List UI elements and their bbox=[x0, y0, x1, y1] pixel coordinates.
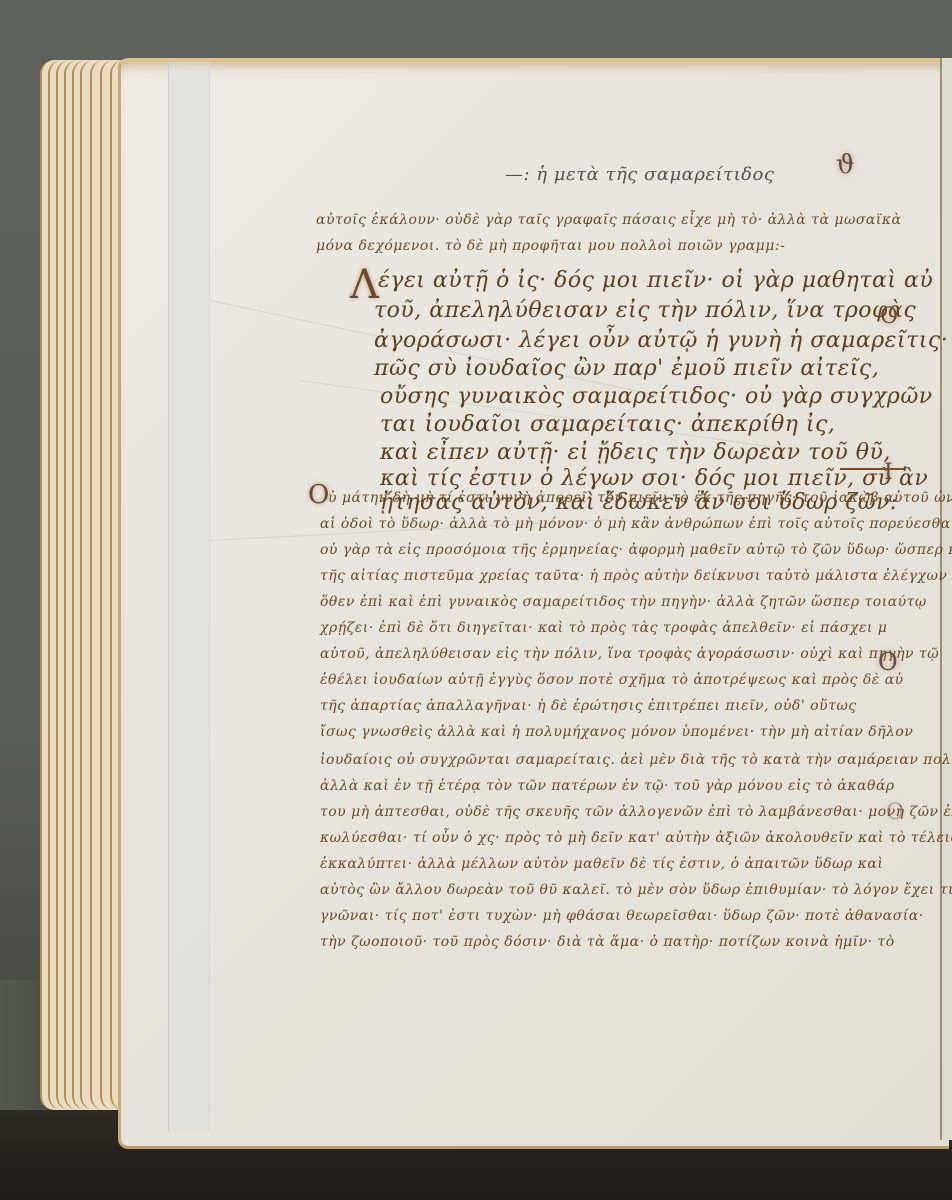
commentary-line: αἱ ὁδοὶ τὸ ὕδωρ· ἀλλὰ τὸ μὴ μόνον· ὁ μὴ … bbox=[320, 516, 952, 532]
margin-marker: Ι bbox=[884, 460, 893, 485]
decorated-initial: Ο bbox=[308, 480, 329, 510]
gospel-line: πῶς σὺ ἰουδαῖος ὢν παρ' ἐμοῦ πιεῖν αἰτεῖ… bbox=[374, 356, 879, 381]
commentary-line: τὴν ζωοποιοῦ· τοῦ πρὸς δόσιν· διὰ τὰ ἅμα… bbox=[320, 934, 895, 950]
margin-marker: Ο bbox=[878, 648, 898, 676]
gospel-line: οὔσης γυναικὸς σαμαρείτιδος· οὐ γὰρ συγχ… bbox=[380, 384, 933, 409]
commentary-line: μόνα δεχόμενοι. τὸ δὲ μὴ προφῆται μου πο… bbox=[316, 238, 785, 254]
commentary-line: ἀλλὰ καὶ ἐν τῇ ἑτέρᾳ τὸν τῶν πατέρων ἐν … bbox=[320, 778, 895, 794]
facing-page-edge bbox=[940, 58, 952, 1140]
gospel-line: ἀγοράσωσι· λέγει οὖν αὐτῷ ἡ γυνὴ ἡ σαμαρ… bbox=[374, 328, 948, 353]
section-marker: ϑ bbox=[836, 150, 855, 180]
commentary-line: ἐθέλει ἰουδαίων αὐτῇ ἐγγὺς ὅσον ποτὲ σχῆ… bbox=[320, 672, 904, 688]
gospel-line: καὶ εἶπεν αὐτῇ· εἰ ᾔδεις τὴν δωρεὰν τοῦ … bbox=[380, 440, 891, 465]
commentary-line: τῆς ἀπαρτίας ἀπαλλαγῆναι· ἡ δὲ ἐρώτησις … bbox=[320, 698, 857, 714]
commentary-line: αὐτὸς ὢν ἄλλου δωρεὰν τοῦ θῦ καλεῖ. τὸ μ… bbox=[320, 882, 952, 898]
commentary-line: ἰουδαίοις οὐ συγχρῶνται σαμαρείταις. ἀεὶ… bbox=[320, 752, 952, 768]
commentary-line: τῆς αἰτίας πιστεῦμα χρείας ταῦτα· ἡ πρὸς… bbox=[320, 568, 947, 584]
commentary-line: αὐτοῖς ἐκάλουν· οὐδὲ γὰρ ταῖς γραφαῖς πά… bbox=[316, 212, 902, 228]
gospel-line: ται ἰουδαῖοι σαμαρείταις· ἀπεκρίθη ἰς, bbox=[380, 412, 835, 437]
section-rule bbox=[840, 468, 906, 470]
margin-marker: Ο bbox=[886, 800, 904, 825]
commentary-line: ἴσως γνωσθεὶς ἀλλὰ καὶ ἡ πολυμήχανος μόν… bbox=[320, 724, 913, 740]
section-heading: —: ἡ μετὰ τῆς σαμαρείτιδος bbox=[505, 164, 774, 185]
commentary-line: ἐκκαλύπτει· ἀλλὰ μέλλων αὐτὸν μαθεῖν δὲ … bbox=[320, 856, 883, 872]
commentary-line: ὐ μάτην δὴ μὴ τί ἐστι γυνὴ ἀπορεῖ· τὸν π… bbox=[328, 490, 952, 506]
gospel-line: τοῦ, ἀπεληλύθεισαν εἰς τὴν πόλιν, ἵνα τρ… bbox=[374, 298, 916, 323]
commentary-line: ὅθεν ἐπὶ καὶ ἐπὶ γυναικὸς σαμαρείτιδος τ… bbox=[320, 594, 927, 610]
commentary-line: χρῄζει· ἐπὶ δὲ ὅτι διηγεῖται· καὶ τὸ πρὸ… bbox=[320, 620, 887, 636]
commentary-line: οὐ γὰρ τὰ εἰς προσόμοια τῆς ἐρμηνείας· ἀ… bbox=[320, 542, 952, 558]
repair-tape bbox=[168, 62, 210, 1132]
margin-marker: Ο bbox=[880, 304, 898, 329]
gospel-line: έγει αὐτῇ ὁ ἰς· δός μοι πιεῖν· οἱ γὰρ μα… bbox=[378, 268, 933, 293]
commentary-line: αὐτοῦ, ἀπεληλύθεισαν εἰς τὴν πόλιν, ἵνα … bbox=[320, 646, 939, 662]
commentary-line: κωλύεσθαι· τί οὖν ὁ χς· πρὸς τὸ μὴ δεῖν … bbox=[320, 830, 952, 846]
commentary-line: του μὴ ἀπτεσθαι, οὐδὲ τῆς σκευῆς τῶν ἀλλ… bbox=[320, 804, 952, 820]
commentary-line: γνῶναι· τίς ποτ' ἐστι τυχὼν· μὴ φθάσαι θ… bbox=[320, 908, 924, 924]
